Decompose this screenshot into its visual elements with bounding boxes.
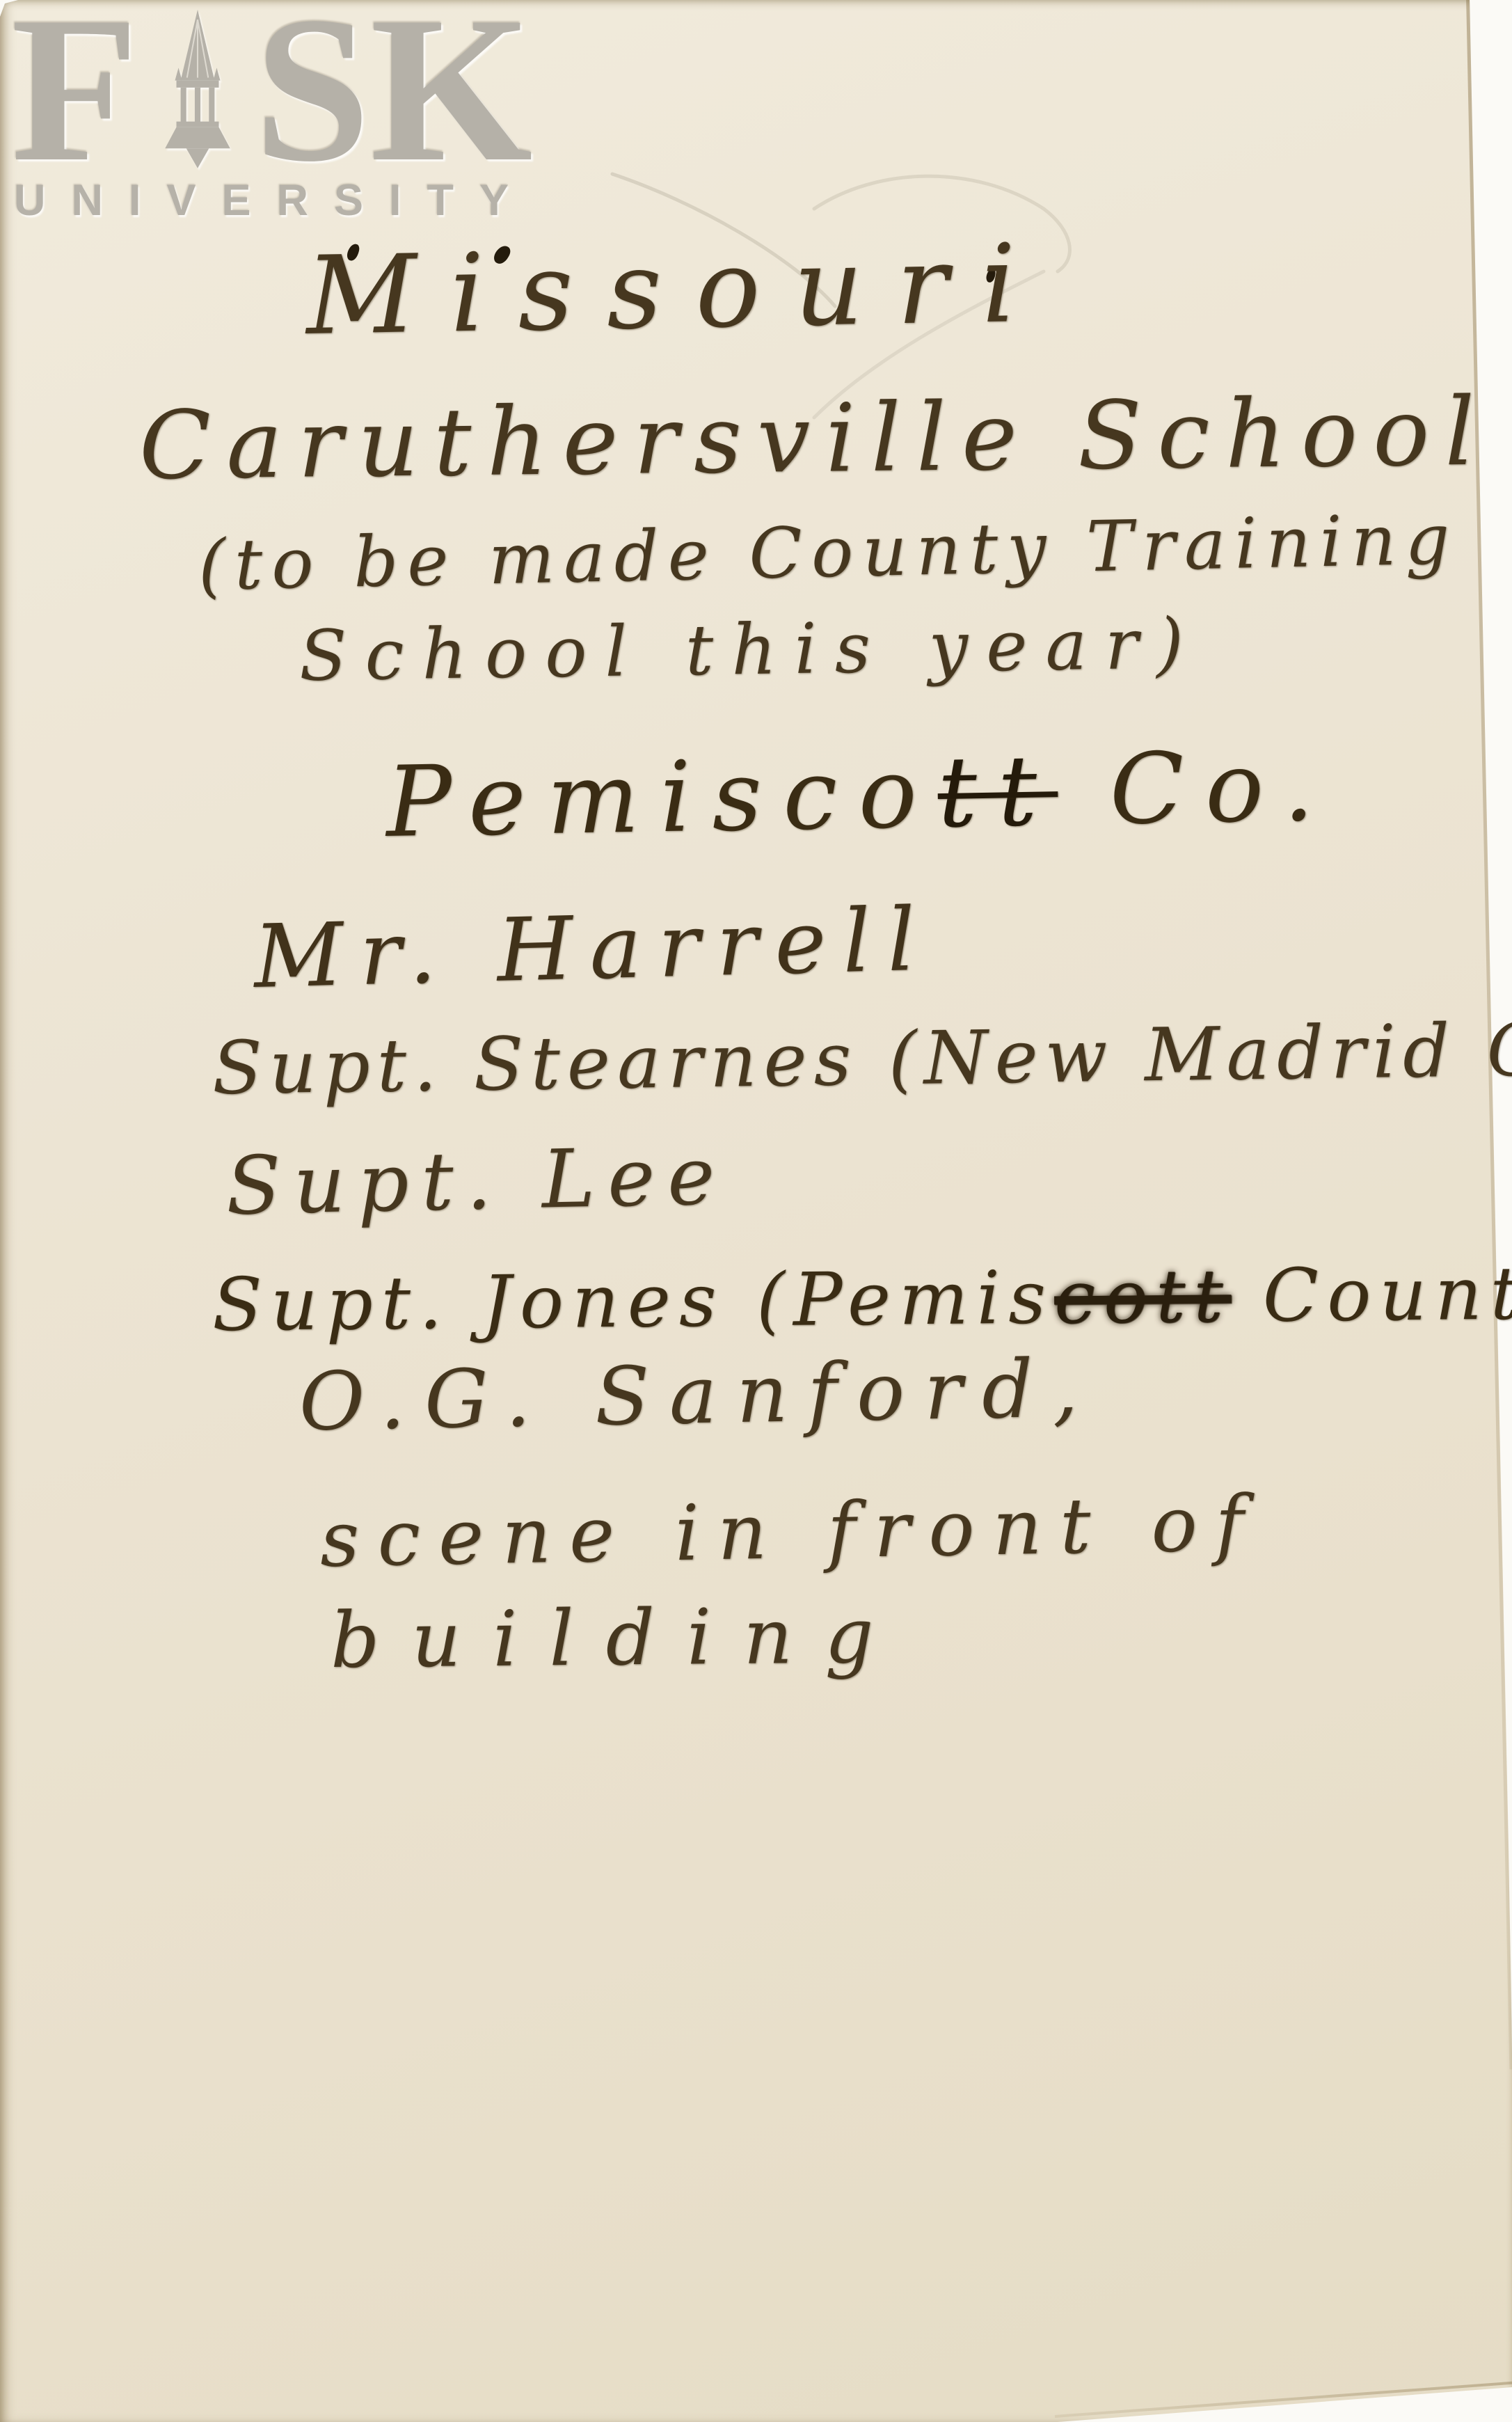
county-text-struck: tt [937, 734, 1058, 850]
logo-university-text: UNIVERSITY [14, 175, 534, 225]
handwritten-line-name-harrell: Mr. Harrell [253, 894, 933, 1004]
handwritten-line-name-sanford: O.G. Sanford, [299, 1347, 1098, 1445]
jones-text-post: County) [1231, 1250, 1512, 1338]
handwritten-line-state: Missouri [305, 227, 1051, 353]
handwritten-line-supt-stearnes: Supt. Stearnes (New Madrid Co.) [212, 1010, 1512, 1107]
handwritten-line-caption-1: scene in front of [319, 1483, 1262, 1580]
handwritten-line-parenthetical-2: School this year) [299, 607, 1202, 692]
logo-letter-f: F [11, 6, 138, 173]
scanned-page: F SK UNIVERSITY [0, 0, 1512, 2422]
handwritten-line-supt-jones: Supt. Jones (Pemiscott County) [212, 1254, 1512, 1343]
jones-text-pre: Supt. Jones (Pemis [212, 1255, 1054, 1347]
county-text-pre: Pemisco [385, 736, 939, 860]
handwritten-line-caption-2: building [330, 1596, 905, 1681]
county-text-post: Co. [1057, 729, 1336, 848]
jones-text-struck: cott [1054, 1253, 1232, 1340]
steeple-tower-icon [155, 10, 240, 180]
handwritten-line-supt-lee: Supt. Lee [225, 1134, 729, 1229]
handwritten-line-school-name: Caruthersville School [138, 383, 1490, 496]
handwritten-line-county: Pemiscott Co. [385, 735, 1336, 854]
fisk-university-logo: F SK [11, 6, 532, 180]
logo-letters-sk: SK [254, 6, 532, 173]
